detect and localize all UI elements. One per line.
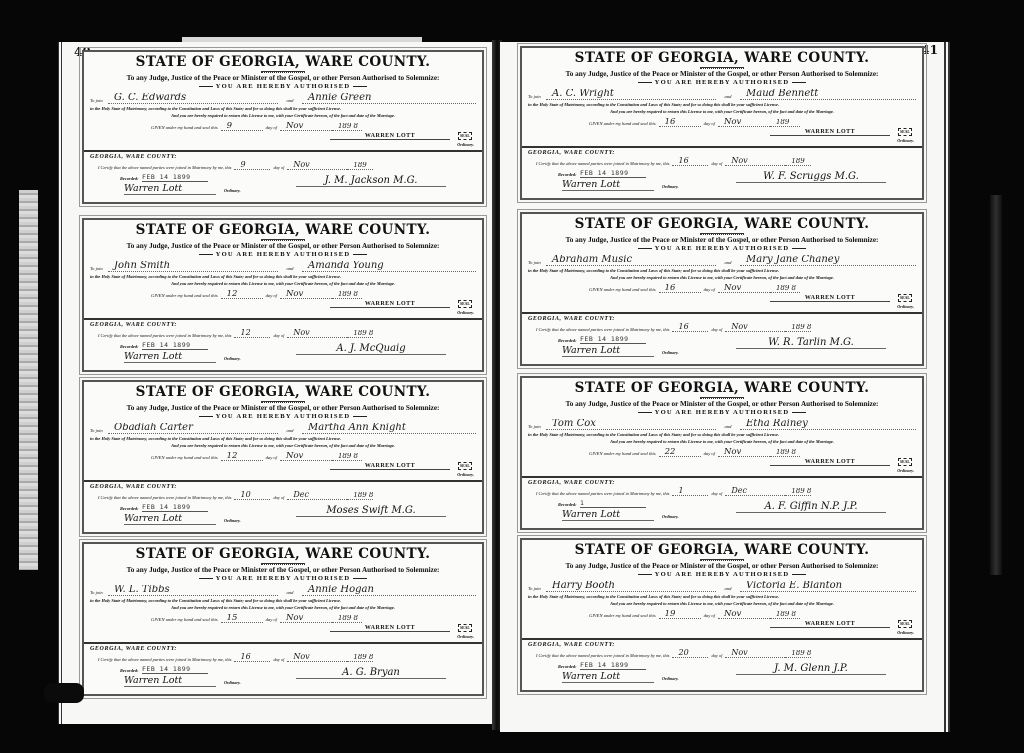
given-year: 189 8 bbox=[332, 453, 362, 461]
officiant-signature: A. F. Giffin N.P. J.P. bbox=[736, 501, 886, 513]
license-clause-2: And you are hereby required to return th… bbox=[90, 281, 476, 286]
marriage-license-certificate: STATE OF GEORGIA, WARE COUNTY. To any Ju… bbox=[520, 212, 924, 366]
married-year: 189 bbox=[785, 158, 811, 166]
given-day: 22 bbox=[659, 448, 701, 458]
ornament-divider bbox=[700, 67, 744, 69]
license-clause-1: in the Holy State of Matrimony, accordin… bbox=[528, 102, 916, 107]
license-clause-2: And you are hereby required to return th… bbox=[528, 275, 916, 280]
thumb-shadow bbox=[44, 683, 84, 703]
certify-text: I Certify that the above named parties w… bbox=[90, 334, 234, 338]
certify-line: I Certify that the above named parties w… bbox=[90, 160, 476, 170]
married-day: 1 bbox=[672, 487, 708, 496]
given-line: GIVEN under my hand and seal this 16 day… bbox=[528, 283, 916, 293]
left-edge-strip bbox=[19, 190, 38, 570]
groom-name: John Smith bbox=[108, 261, 278, 272]
license-clause-1: in the Holy State of Matrimony, accordin… bbox=[528, 432, 916, 437]
right-edge-strip bbox=[990, 195, 1002, 575]
married-year: 189 8 bbox=[785, 488, 811, 496]
certify-line: I Certify that the above named parties w… bbox=[528, 486, 916, 496]
given-line: GIVEN under my hand and seal this 9 day … bbox=[90, 121, 476, 131]
license-clause-2: And you are hereby required to return th… bbox=[90, 113, 476, 118]
recorded-label: Recorded: bbox=[120, 506, 139, 511]
seal-icon: SEAL bbox=[458, 132, 472, 140]
clerk-signature: Warren Lott bbox=[124, 675, 216, 687]
ordinary-label: Ordinary. bbox=[224, 188, 241, 193]
given-year: 189 8 bbox=[770, 285, 800, 293]
bride-name: Amanda Young bbox=[302, 261, 476, 272]
ornament-divider bbox=[261, 71, 305, 73]
ordinary-label: Ordinary. bbox=[457, 142, 474, 147]
given-line: GIVEN under my hand and seal this 12 day… bbox=[90, 451, 476, 461]
ledger-page-right: 41 STATE OF GEORGIA, WARE COUNTY. To any… bbox=[500, 42, 950, 732]
join-line: To join John Smith and Amanda Young bbox=[90, 260, 476, 272]
given-month: Nov bbox=[718, 610, 770, 620]
recorded-block: Recorded: 1 Warren Lott Ordinary. A. F. … bbox=[528, 497, 916, 521]
married-year: 189 8 bbox=[347, 492, 373, 500]
recorded-block: Recorded: FEB 14 1899 Warren Lott Ordina… bbox=[90, 663, 476, 687]
authorised-heading: YOU ARE HEREBY AUTHORISED bbox=[528, 79, 916, 86]
married-year: 189 8 bbox=[347, 654, 373, 662]
section-divider bbox=[84, 150, 482, 152]
groom-name: A. C. Wright bbox=[546, 89, 716, 100]
day-of-label: day of bbox=[708, 162, 725, 166]
clerk-signature: Warren Lott bbox=[124, 183, 216, 195]
certify-text: I Certify that the above named parties w… bbox=[528, 492, 672, 496]
ordinary-name: WARREN LOTT bbox=[770, 129, 890, 136]
ornament-divider bbox=[700, 397, 744, 399]
married-month: Nov bbox=[287, 161, 347, 170]
recorded-label: Recorded: bbox=[120, 668, 139, 673]
salutation-text: To any Judge, Justice of the Peace or Mi… bbox=[528, 562, 916, 570]
ordinary-name: WARREN LOTT bbox=[770, 459, 890, 466]
ordinary-label: Ordinary. bbox=[662, 184, 679, 189]
recorded-date-stamp: FEB 14 1899 bbox=[142, 503, 208, 512]
given-month: Nov bbox=[718, 284, 770, 294]
ledger-page-left: 40 STATE OF GEORGIA, WARE COUNTY. To any… bbox=[58, 42, 494, 724]
section-divider bbox=[84, 480, 482, 482]
bride-name: Maud Bennett bbox=[740, 89, 916, 100]
groom-name: Obadiah Carter bbox=[108, 423, 278, 434]
given-line: GIVEN under my hand and seal this 15 day… bbox=[90, 613, 476, 623]
ornament-divider bbox=[700, 233, 744, 235]
license-clause-2: And you are hereby required to return th… bbox=[528, 601, 916, 606]
join-line: To join Harry Booth and Victoria E. Blan… bbox=[528, 580, 916, 592]
given-month: Nov bbox=[280, 290, 332, 300]
marriage-license-certificate: STATE OF GEORGIA, WARE COUNTY. To any Ju… bbox=[82, 218, 484, 372]
certificate-title: STATE OF GEORGIA, WARE COUNTY. bbox=[90, 546, 476, 562]
marriage-license-certificate: STATE OF GEORGIA, WARE COUNTY. To any Ju… bbox=[82, 542, 484, 696]
certify-text: I Certify that the above named parties w… bbox=[90, 496, 234, 500]
married-year: 189 8 bbox=[347, 330, 373, 338]
given-day: 16 bbox=[659, 284, 701, 294]
groom-name: Abraham Music bbox=[546, 255, 716, 266]
bride-name: Etha Rainey bbox=[740, 419, 916, 430]
married-month: Nov bbox=[725, 157, 785, 166]
ornament-divider bbox=[261, 239, 305, 241]
given-month: Nov bbox=[280, 452, 332, 462]
given-day: 15 bbox=[221, 614, 263, 624]
ordinary-name: WARREN LOTT bbox=[330, 625, 450, 632]
recorded-block: Recorded: FEB 14 1899 Warren Lott Ordina… bbox=[90, 501, 476, 525]
salutation-text: To any Judge, Justice of the Peace or Mi… bbox=[90, 242, 476, 250]
salutation-text: To any Judge, Justice of the Peace or Mi… bbox=[528, 70, 916, 78]
seal-icon: SEAL bbox=[898, 294, 912, 302]
given-day: 19 bbox=[659, 610, 701, 620]
given-day: 12 bbox=[221, 452, 263, 462]
to-join-label: To join bbox=[528, 425, 546, 430]
married-month: Nov bbox=[287, 329, 347, 338]
given-line: GIVEN under my hand and seal this 16 day… bbox=[528, 117, 916, 127]
recorded-date-stamp: FEB 14 1899 bbox=[580, 335, 646, 344]
bride-name: Annie Hogan bbox=[302, 585, 476, 596]
married-day: 10 bbox=[234, 491, 270, 500]
and-label: and bbox=[716, 95, 740, 100]
groom-name: Tom Cox bbox=[546, 419, 716, 430]
certify-line: I Certify that the above named parties w… bbox=[90, 328, 476, 338]
authorised-heading: YOU ARE HEREBY AUTHORISED bbox=[528, 245, 916, 252]
recorded-block: Recorded: FEB 14 1899 Warren Lott Ordina… bbox=[528, 659, 916, 683]
authorised-heading: YOU ARE HEREBY AUTHORISED bbox=[528, 409, 916, 416]
given-day: 9 bbox=[221, 122, 263, 132]
certificate-title: STATE OF GEORGIA, WARE COUNTY. bbox=[528, 50, 916, 66]
to-join-label: To join bbox=[528, 587, 546, 592]
given-year: 189 8 bbox=[332, 123, 362, 131]
day-of-label: day of bbox=[270, 334, 287, 338]
authorised-heading: YOU ARE HEREBY AUTHORISED bbox=[90, 413, 476, 420]
authorised-heading: YOU ARE HEREBY AUTHORISED bbox=[90, 575, 476, 582]
seal-icon: SEAL bbox=[458, 624, 472, 632]
ordinary-signature-block: WARREN LOTT SEAL Ordinary. bbox=[528, 457, 916, 473]
and-label: and bbox=[278, 591, 302, 596]
license-clause-1: in the Holy State of Matrimony, accordin… bbox=[90, 106, 476, 111]
bride-name: Victoria E. Blanton bbox=[740, 581, 916, 592]
recorded-block: Recorded: FEB 14 1899 Warren Lott Ordina… bbox=[90, 339, 476, 363]
day-of-label: day of bbox=[708, 492, 725, 496]
ordinary-label: Ordinary. bbox=[457, 472, 474, 477]
married-month: Dec bbox=[287, 491, 347, 500]
recorded-label: Recorded: bbox=[120, 344, 139, 349]
officiant-signature: A. J. McQuaig bbox=[296, 343, 446, 355]
officiant-signature: J. M. Jackson M.G. bbox=[296, 175, 446, 187]
officiant-signature: J. M. Glenn J.P. bbox=[736, 663, 886, 675]
marriage-license-certificate: STATE OF GEORGIA, WARE COUNTY. To any Ju… bbox=[520, 538, 924, 692]
to-join-label: To join bbox=[90, 267, 108, 272]
to-join-label: To join bbox=[90, 99, 108, 104]
license-clause-1: in the Holy State of Matrimony, accordin… bbox=[90, 274, 476, 279]
recorded-block: Recorded: FEB 14 1899 Warren Lott Ordina… bbox=[528, 333, 916, 357]
salutation-text: To any Judge, Justice of the Peace or Mi… bbox=[90, 404, 476, 412]
ordinary-name: WARREN LOTT bbox=[770, 295, 890, 302]
marriage-license-certificate: STATE OF GEORGIA, WARE COUNTY. To any Ju… bbox=[520, 376, 924, 530]
section-divider bbox=[522, 638, 922, 640]
ordinary-label: Ordinary. bbox=[662, 514, 679, 519]
section-divider bbox=[522, 312, 922, 314]
given-month: Nov bbox=[280, 122, 332, 132]
married-year: 189 8 bbox=[785, 650, 811, 658]
recorded-label: Recorded: bbox=[558, 502, 577, 507]
clerk-signature: Warren Lott bbox=[562, 671, 654, 683]
ordinary-name: WARREN LOTT bbox=[330, 133, 450, 140]
license-clause-1: in the Holy State of Matrimony, accordin… bbox=[90, 436, 476, 441]
officiant-signature: W. R. Tarlin M.G. bbox=[736, 337, 886, 349]
certify-text: I Certify that the above named parties w… bbox=[528, 654, 672, 658]
groom-name: Harry Booth bbox=[546, 581, 716, 592]
bride-name: Mary Jane Chaney bbox=[740, 255, 916, 266]
seal-icon: SEAL bbox=[458, 300, 472, 308]
married-month: Nov bbox=[287, 653, 347, 662]
to-join-label: To join bbox=[90, 591, 108, 596]
recorded-block: Recorded: FEB 14 1899 Warren Lott Ordina… bbox=[90, 171, 476, 195]
ordinary-name: WARREN LOTT bbox=[330, 463, 450, 470]
certificate-title: STATE OF GEORGIA, WARE COUNTY. bbox=[90, 222, 476, 238]
license-clause-1: in the Holy State of Matrimony, accordin… bbox=[528, 594, 916, 599]
recorded-date-stamp: FEB 14 1899 bbox=[580, 169, 646, 178]
groom-name: G. C. Edwards bbox=[108, 93, 278, 104]
given-month: Nov bbox=[280, 614, 332, 624]
license-clause-2: And you are hereby required to return th… bbox=[90, 443, 476, 448]
seal-icon: SEAL bbox=[898, 128, 912, 136]
given-day: 16 bbox=[659, 118, 701, 128]
section-divider bbox=[84, 318, 482, 320]
salutation-text: To any Judge, Justice of the Peace or Mi… bbox=[90, 566, 476, 574]
given-line: GIVEN under my hand and seal this 22 day… bbox=[528, 447, 916, 457]
given-line: GIVEN under my hand and seal this 12 day… bbox=[90, 289, 476, 299]
certify-text: I Certify that the above named parties w… bbox=[528, 328, 672, 332]
scanned-ledger-image: 40 STATE OF GEORGIA, WARE COUNTY. To any… bbox=[0, 0, 1024, 753]
ordinary-label: Ordinary. bbox=[897, 304, 914, 309]
section-divider bbox=[522, 476, 922, 478]
ornament-divider bbox=[700, 559, 744, 561]
marriage-license-certificate: STATE OF GEORGIA, WARE COUNTY. To any Ju… bbox=[82, 50, 484, 204]
ordinary-label: Ordinary. bbox=[897, 468, 914, 473]
authorised-heading: YOU ARE HEREBY AUTHORISED bbox=[528, 571, 916, 578]
officiant-signature: W. F. Scruggs M.G. bbox=[736, 171, 886, 183]
recorded-date-stamp: FEB 14 1899 bbox=[142, 173, 208, 182]
clerk-signature: Warren Lott bbox=[562, 509, 654, 521]
ordinary-label: Ordinary. bbox=[897, 630, 914, 635]
day-of-label: day of bbox=[270, 496, 287, 500]
day-of-label: day of bbox=[270, 166, 287, 170]
certify-line: I Certify that the above named parties w… bbox=[90, 652, 476, 662]
and-label: and bbox=[716, 587, 740, 592]
bride-name: Martha Ann Knight bbox=[302, 423, 476, 434]
clerk-signature: Warren Lott bbox=[562, 345, 654, 357]
ordinary-signature-block: WARREN LOTT SEAL Ordinary. bbox=[90, 299, 476, 315]
salutation-text: To any Judge, Justice of the Peace or Mi… bbox=[528, 400, 916, 408]
officiant-signature: Moses Swift M.G. bbox=[296, 505, 446, 517]
certify-text: I Certify that the above named parties w… bbox=[90, 166, 234, 170]
recorded-label: Recorded: bbox=[558, 338, 577, 343]
married-day: 16 bbox=[234, 653, 270, 662]
given-month: Nov bbox=[718, 448, 770, 458]
join-line: To join G. C. Edwards and Annie Green bbox=[90, 92, 476, 104]
married-year: 189 bbox=[347, 162, 373, 170]
married-day: 20 bbox=[672, 649, 708, 658]
ordinary-label: Ordinary. bbox=[224, 518, 241, 523]
marriage-license-certificate: STATE OF GEORGIA, WARE COUNTY. To any Ju… bbox=[520, 46, 924, 200]
section-divider bbox=[84, 642, 482, 644]
seal-icon: SEAL bbox=[458, 462, 472, 470]
certify-line: I Certify that the above named parties w… bbox=[528, 156, 916, 166]
ordinary-label: Ordinary. bbox=[897, 138, 914, 143]
clerk-signature: Warren Lott bbox=[124, 351, 216, 363]
license-clause-1: in the Holy State of Matrimony, accordin… bbox=[90, 598, 476, 603]
license-clause-1: in the Holy State of Matrimony, accordin… bbox=[528, 268, 916, 273]
certificate-title: STATE OF GEORGIA, WARE COUNTY. bbox=[528, 542, 916, 558]
to-join-label: To join bbox=[528, 95, 546, 100]
and-label: and bbox=[278, 429, 302, 434]
seal-icon: SEAL bbox=[898, 620, 912, 628]
ordinary-signature-block: WARREN LOTT SEAL Ordinary. bbox=[90, 461, 476, 477]
groom-name: W. L. Tibbs bbox=[108, 585, 278, 596]
given-month: Nov bbox=[718, 118, 770, 128]
ordinary-signature-block: WARREN LOTT SEAL Ordinary. bbox=[528, 127, 916, 143]
recorded-date-stamp: FEB 14 1899 bbox=[142, 341, 208, 350]
join-line: To join Tom Cox and Etha Rainey bbox=[528, 418, 916, 430]
to-join-label: To join bbox=[90, 429, 108, 434]
ordinary-signature-block: WARREN LOTT SEAL Ordinary. bbox=[90, 623, 476, 639]
salutation-text: To any Judge, Justice of the Peace or Mi… bbox=[90, 74, 476, 82]
married-year: 189 8 bbox=[785, 324, 811, 332]
join-line: To join Obadiah Carter and Martha Ann Kn… bbox=[90, 422, 476, 434]
and-label: and bbox=[716, 425, 740, 430]
certificate-title: STATE OF GEORGIA, WARE COUNTY. bbox=[90, 54, 476, 70]
given-year: 189 8 bbox=[332, 615, 362, 623]
certify-text: I Certify that the above named parties w… bbox=[528, 162, 672, 166]
authorised-heading: YOU ARE HEREBY AUTHORISED bbox=[90, 251, 476, 258]
certificate-title: STATE OF GEORGIA, WARE COUNTY. bbox=[528, 216, 916, 232]
and-label: and bbox=[716, 261, 740, 266]
married-day: 16 bbox=[672, 157, 708, 166]
certify-line: I Certify that the above named parties w… bbox=[528, 648, 916, 658]
officiant-signature: A. G. Bryan bbox=[296, 667, 446, 679]
ordinary-signature-block: WARREN LOTT SEAL Ordinary. bbox=[528, 293, 916, 309]
given-day: 12 bbox=[221, 290, 263, 300]
to-join-label: To join bbox=[528, 261, 546, 266]
married-month: Nov bbox=[725, 323, 785, 332]
ordinary-signature-block: WARREN LOTT SEAL Ordinary. bbox=[528, 619, 916, 635]
married-month: Nov bbox=[725, 649, 785, 658]
recorded-block: Recorded: FEB 14 1899 Warren Lott Ordina… bbox=[528, 167, 916, 191]
recorded-date-stamp: 1 bbox=[580, 499, 646, 508]
seal-icon: SEAL bbox=[898, 458, 912, 466]
recorded-date-stamp: FEB 14 1899 bbox=[580, 661, 646, 670]
section-divider bbox=[522, 146, 922, 148]
given-year: 189 8 bbox=[770, 611, 800, 619]
given-year: 189 bbox=[770, 119, 800, 127]
ordinary-name: WARREN LOTT bbox=[330, 301, 450, 308]
recorded-label: Recorded: bbox=[558, 664, 577, 669]
bride-name: Annie Green bbox=[302, 93, 476, 104]
ornament-divider bbox=[261, 563, 305, 565]
certify-line: I Certify that the above named parties w… bbox=[90, 490, 476, 500]
license-clause-2: And you are hereby required to return th… bbox=[528, 439, 916, 444]
certify-line: I Certify that the above named parties w… bbox=[528, 322, 916, 332]
day-of-label: day of bbox=[270, 658, 287, 662]
ordinary-label: Ordinary. bbox=[457, 634, 474, 639]
clerk-signature: Warren Lott bbox=[562, 179, 654, 191]
certificate-title: STATE OF GEORGIA, WARE COUNTY. bbox=[528, 380, 916, 396]
ordinary-label: Ordinary. bbox=[662, 676, 679, 681]
certify-text: I Certify that the above named parties w… bbox=[90, 658, 234, 662]
and-label: and bbox=[278, 267, 302, 272]
recorded-label: Recorded: bbox=[558, 172, 577, 177]
marriage-license-certificate: STATE OF GEORGIA, WARE COUNTY. To any Ju… bbox=[82, 380, 484, 534]
join-line: To join Abraham Music and Mary Jane Chan… bbox=[528, 254, 916, 266]
given-line: GIVEN under my hand and seal this 19 day… bbox=[528, 609, 916, 619]
day-of-label: day of bbox=[708, 654, 725, 658]
day-of-label: day of bbox=[708, 328, 725, 332]
ordinary-signature-block: WARREN LOTT SEAL Ordinary. bbox=[90, 131, 476, 147]
given-year: 189 8 bbox=[332, 291, 362, 299]
ordinary-label: Ordinary. bbox=[224, 356, 241, 361]
ordinary-label: Ordinary. bbox=[457, 310, 474, 315]
ordinary-label: Ordinary. bbox=[224, 680, 241, 685]
certificate-title: STATE OF GEORGIA, WARE COUNTY. bbox=[90, 384, 476, 400]
married-day: 12 bbox=[234, 329, 270, 338]
authorised-heading: YOU ARE HEREBY AUTHORISED bbox=[90, 83, 476, 90]
license-clause-2: And you are hereby required to return th… bbox=[528, 109, 916, 114]
join-line: To join A. C. Wright and Maud Bennett bbox=[528, 88, 916, 100]
married-month: Dec bbox=[725, 487, 785, 496]
married-day: 16 bbox=[672, 323, 708, 332]
recorded-date-stamp: FEB 14 1899 bbox=[142, 665, 208, 674]
license-clause-2: And you are hereby required to return th… bbox=[90, 605, 476, 610]
join-line: To join W. L. Tibbs and Annie Hogan bbox=[90, 584, 476, 596]
and-label: and bbox=[278, 99, 302, 104]
ornament-divider bbox=[261, 401, 305, 403]
ordinary-name: WARREN LOTT bbox=[770, 621, 890, 628]
married-day: 9 bbox=[234, 161, 270, 170]
clerk-signature: Warren Lott bbox=[124, 513, 216, 525]
salutation-text: To any Judge, Justice of the Peace or Mi… bbox=[528, 236, 916, 244]
given-year: 189 8 bbox=[770, 449, 800, 457]
ordinary-label: Ordinary. bbox=[662, 350, 679, 355]
recorded-label: Recorded: bbox=[120, 176, 139, 181]
